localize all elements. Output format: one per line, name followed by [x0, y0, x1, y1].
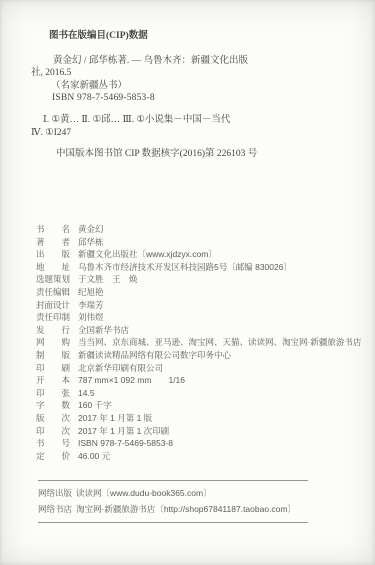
row-value: 全国新华书店	[78, 324, 363, 337]
row-value: 北京新华印刷有限公司	[78, 362, 363, 375]
row-label: 地址	[36, 261, 70, 274]
row-value: 刘伟煜	[78, 311, 363, 324]
colophon-row-edition: 版次 2017 年 1 月第 1 版	[36, 412, 363, 425]
colophon-row-word-count: 字数 160 千字	[36, 399, 363, 412]
row-label: 制版	[36, 349, 70, 362]
cip-section: 图书在版编目(CIP)数据 黄金幻 / 邱华栋著. — 乌鲁木齐：新疆文化出版 …	[31, 30, 359, 161]
colophon-row-address: 地址 乌鲁木齐市经济技术开发区科技园路5号〔邮编 830026〕	[36, 261, 363, 274]
colophon-row-impression: 印次 2017 年 1 月第 1 次印刷	[36, 425, 363, 438]
row-label: 网络出版	[38, 485, 72, 501]
row-label: 网购	[36, 336, 70, 349]
row-label: 发行	[36, 324, 70, 337]
row-value: 于文胜 王 焕	[78, 273, 363, 286]
colophon-row-format: 开本 787 mm×1 092 mm 1/16	[36, 374, 363, 387]
online-info-section: 网络出版 读读网〔www.dudu-book365.com〕 网络书店 淘宝网·…	[38, 480, 308, 523]
row-label: 印张	[36, 387, 70, 400]
row-label: 定价	[36, 450, 70, 463]
row-label: 封面设计	[36, 299, 70, 312]
row-value: 黄金幻	[78, 223, 363, 236]
row-label: 选题策划	[36, 273, 70, 286]
row-label: 版次	[36, 412, 70, 425]
divider-bottom	[38, 522, 308, 523]
colophon-row-distribution: 发行 全国新华书店	[36, 324, 363, 337]
colophon-row-cover-design: 封面设计 李瑞芳	[36, 299, 363, 312]
colophon-row-print-supervisor: 责任印制 刘伟煜	[36, 311, 363, 324]
row-label: 书号	[36, 437, 70, 450]
row-value: 787 mm×1 092 mm 1/16	[78, 374, 363, 387]
row-label: 书名	[36, 223, 70, 236]
cip-title-line-2: 社, 2016.5	[31, 67, 359, 80]
cip-class-line-1: Ⅰ. ①黄… Ⅱ. ①邱… Ⅲ. ①小说集－中国－当代	[31, 114, 359, 127]
colophon-row-printer: 印刷 北京新华印刷有限公司	[36, 362, 363, 375]
colophon-row-author: 著者 邱华栋	[36, 236, 363, 249]
row-value: 14.5	[78, 387, 363, 400]
row-value: ISBN 978-7-5469-5853-8	[78, 437, 363, 450]
colophon-row-sheets: 印张 14.5	[36, 387, 363, 400]
colophon-list: 书名 黄金幻 著者 邱华栋 出版 新疆文化出版社〔www.xjdzyx.com〕…	[36, 223, 363, 462]
footer-row-online-publishing: 网络出版 读读网〔www.dudu-book365.com〕	[38, 485, 308, 501]
row-value: 淘宝网·新疆旅游书店〔http://shop67841187.taobao.co…	[76, 501, 308, 517]
row-value: 46.00 元	[78, 450, 363, 463]
row-value: 纪旭艳	[78, 286, 363, 299]
row-label: 责任印制	[36, 311, 70, 324]
cip-class-line-2: Ⅳ. ①I247	[31, 127, 359, 140]
cip-record-line: 中国版本图书馆 CIP 数据核字(2016)第 226103 号	[31, 148, 359, 161]
colophon-row-publisher: 出版 新疆文化出版社〔www.xjdzyx.com〕	[36, 248, 363, 261]
footer-rows: 网络出版 读读网〔www.dudu-book365.com〕 网络书店 淘宝网·…	[38, 481, 308, 522]
row-value: 邱华栋	[78, 236, 363, 249]
colophon-row-online-stores: 网购 当当网、京东商城、亚马逊、淘宝网、天猫、读读网、淘宝网·新疆旅游书店	[36, 336, 363, 349]
row-label: 网络书店	[38, 501, 72, 517]
row-value: 160 千字	[78, 399, 363, 412]
cip-isbn-line: ISBN 978-7-5469-5853-8	[31, 92, 359, 105]
row-label: 开本	[36, 374, 70, 387]
row-label: 印刷	[36, 362, 70, 375]
row-value: 2017 年 1 月第 1 版	[78, 412, 363, 425]
row-value: 新疆文化出版社〔www.xjdzyx.com〕	[78, 248, 363, 261]
row-value: 新疆读读精品网络有限公司数字印务中心	[78, 349, 363, 362]
row-label: 责任编辑	[36, 286, 70, 299]
row-value: 乌鲁木齐市经济技术开发区科技园路5号〔邮编 830026〕	[78, 261, 363, 274]
colophon-row-price: 定价 46.00 元	[36, 450, 363, 463]
book-copyright-page: 图书在版编目(CIP)数据 黄金幻 / 邱华栋著. — 乌鲁木齐：新疆文化出版 …	[0, 0, 375, 565]
colophon-row-planning: 选题策划 于文胜 王 焕	[36, 273, 363, 286]
row-label: 字数	[36, 399, 70, 412]
cip-heading: 图书在版编目(CIP)数据	[31, 30, 359, 43]
colophon-row-plate-making: 制版 新疆读读精品网络有限公司数字印务中心	[36, 349, 363, 362]
cip-series-line: （名家新疆丛书）	[31, 80, 359, 93]
cip-title-line-1: 黄金幻 / 邱华栋著. — 乌鲁木齐：新疆文化出版	[31, 55, 359, 68]
row-label: 出版	[36, 248, 70, 261]
footer-row-online-bookstore: 网络书店 淘宝网·新疆旅游书店〔http://shop67841187.taob…	[38, 501, 308, 517]
row-value: 李瑞芳	[78, 299, 363, 312]
row-label: 著者	[36, 236, 70, 249]
colophon-row-editor: 责任编辑 纪旭艳	[36, 286, 363, 299]
row-value: 当当网、京东商城、亚马逊、淘宝网、天猫、读读网、淘宝网·新疆旅游书店	[78, 336, 363, 349]
row-label: 印次	[36, 425, 70, 438]
colophon-row-title: 书名 黄金幻	[36, 223, 363, 236]
row-value: 2017 年 1 月第 1 次印刷	[78, 425, 363, 438]
row-value: 读读网〔www.dudu-book365.com〕	[76, 485, 308, 501]
colophon-row-book-number: 书号 ISBN 978-7-5469-5853-8	[36, 437, 363, 450]
